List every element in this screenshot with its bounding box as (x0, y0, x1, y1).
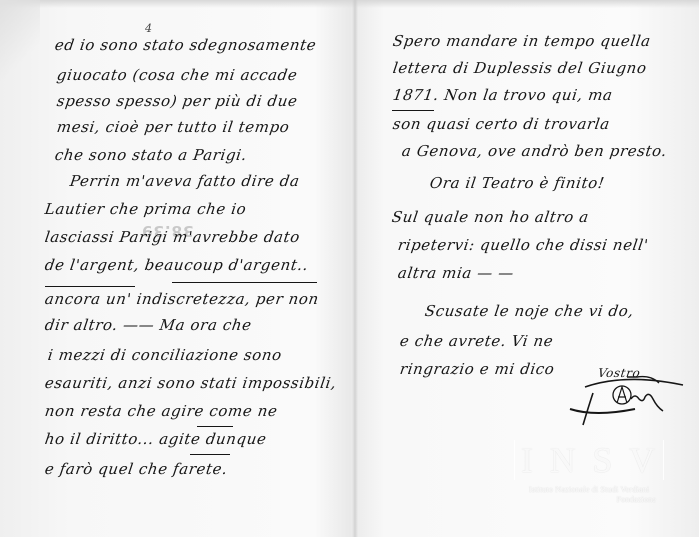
watermark-letter: N (550, 440, 578, 480)
left-line-9: de l'argent, beaucoup d'argent.. (44, 256, 310, 274)
right-line-9: altra mia — — (397, 264, 515, 282)
underline-agite (190, 454, 230, 455)
left-line-6: Perrin m'aveva fatto dire da (69, 172, 301, 190)
right-line-7: Sul quale non ho altro a (391, 208, 590, 226)
letter-scan: 4 38.39 ed io sono stato sdegnosamente g… (0, 0, 699, 537)
left-line-14: non resta che agire come ne (44, 402, 279, 420)
page-marker: 4 (145, 22, 152, 35)
watermark-letter: V (629, 440, 657, 480)
left-line-3: spesso spesso) per più di due (56, 92, 299, 110)
left-line-10: ancora un' indiscretezza, per non (44, 290, 320, 308)
underline-de-largent (45, 286, 135, 287)
watermark-institution-name: Istituto Nazionale di Studi Verdiani (514, 484, 664, 494)
left-line-1: ed io sono stato sdegnosamente (54, 36, 318, 54)
left-line-15: ho il diritto... agite dunque (44, 430, 268, 448)
left-line-12: i mezzi di conciliazione sono (47, 346, 283, 364)
watermark-logo: I N S V (514, 440, 664, 480)
right-line-4: son quasi certo di trovarla (392, 115, 611, 133)
left-line-5: che sono stato a Parigi. (54, 146, 249, 164)
underline-beaucoup-dargent (172, 282, 317, 283)
paper-corner-fold (0, 0, 40, 100)
right-line-6: Ora il Teatro è finito! (429, 174, 606, 192)
left-line-16: e farò quel che farete. (44, 460, 229, 478)
left-line-4: mesi, cioè per tutto il tempo (56, 118, 291, 136)
institution-watermark: I N S V Istituto Nazionale di Studi Verd… (514, 440, 664, 515)
left-line-7: Lautier che prima che io (44, 200, 248, 218)
page-fold (352, 0, 358, 537)
left-line-13: esauriti, anzi sono stati impossibili, (44, 374, 338, 392)
scan-edge-shadow (0, 0, 699, 8)
right-line-2: lettera di Duplessis del Giugno (392, 59, 648, 77)
right-line-10: Scusate le noje che vi do, (424, 302, 635, 320)
watermark-letter: S (592, 440, 614, 480)
right-line-12: ringrazio e mi dico (399, 360, 556, 378)
right-line-11: e che avrete. Vi ne (399, 332, 555, 350)
underline-agire (197, 426, 233, 427)
left-line-11: dir altro. —— Ma ora che (44, 316, 253, 334)
right-line-3: 1871. Non la trovo qui, ma (392, 86, 614, 104)
left-line-2: giuocato (cosa che mi accade (56, 66, 299, 84)
watermark-subtitle: Fondazione (514, 494, 664, 504)
right-line-1: Spero mandare in tempo quella (392, 32, 652, 50)
underline-year (392, 110, 434, 111)
right-line-8: ripetervi: quello che dissi nell' (397, 236, 650, 254)
right-line-5: a Genova, ove andrò ben presto. (401, 142, 668, 160)
signature-flourish-icon (565, 365, 685, 430)
watermark-letter: I (521, 440, 535, 480)
left-line-8: lasciassi Parigi m'avrebbe dato (44, 228, 301, 246)
